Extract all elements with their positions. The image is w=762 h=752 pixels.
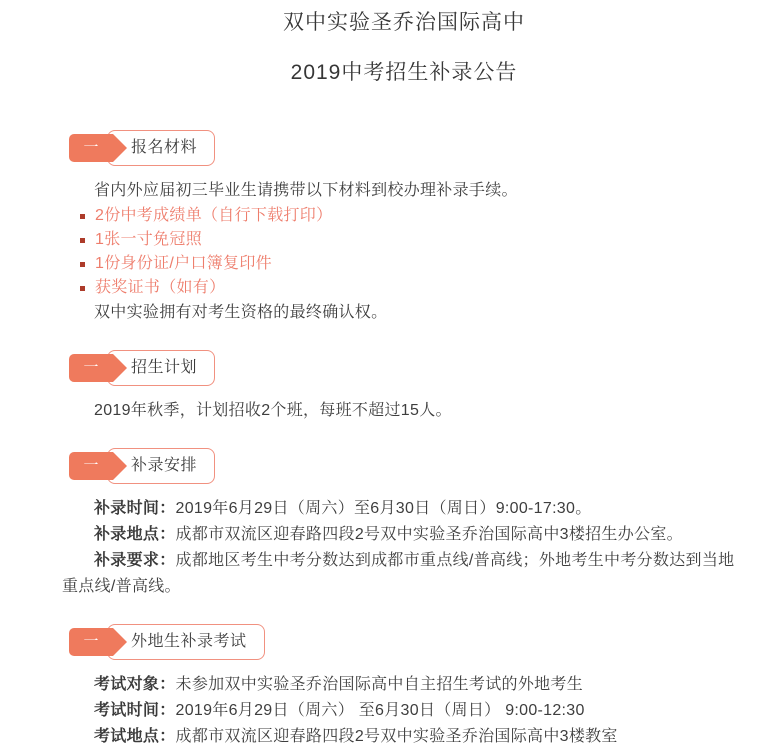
- list-item-text: 1份身份证/户口簿复印件: [95, 255, 272, 272]
- info-value: 2019年6月29日（周六）至6月30日（周日）9:00-17:30。: [176, 500, 592, 517]
- section-header: 一招生计划: [62, 350, 746, 386]
- square-bullet-icon: [80, 262, 85, 267]
- list-item-text: 1张一寸免冠照: [95, 231, 202, 248]
- list-item: 1份身份证/户口簿复印件: [80, 252, 746, 276]
- info-line: 补录时间：2019年6月29日（周六）至6月30日（周日）9:00-17:30。: [62, 496, 746, 522]
- info-value: 未参加双中实验圣乔治国际高中自主招生考试的外地考生: [176, 676, 584, 693]
- announcement-page: 双中实验圣乔治国际高中 2019中考招生补录公告 一报名材料省内外应届初三毕业生…: [0, 0, 762, 750]
- square-bullet-icon: [80, 214, 85, 219]
- list-item: 2份中考成绩单（自行下载打印）: [80, 204, 746, 228]
- info-line: 补录地点：成都市双流区迎春路四段2号双中实验圣乔治国际高中3楼招生办公室。: [62, 522, 746, 548]
- info-value: 2019年6月29日（周六） 至6月30日（周日） 9:00-12:30: [176, 702, 585, 719]
- list-item: 1张一寸免冠照: [80, 228, 746, 252]
- list-item-text: 获奖证书（如有）: [95, 279, 225, 296]
- section-paragraph: 省内外应届初三毕业生请携带以下材料到校办理补录手续。: [62, 178, 746, 204]
- info-label: 补录时间：: [94, 500, 176, 517]
- list-item-text: 2份中考成绩单（自行下载打印）: [95, 207, 332, 224]
- info-line: 考试时间：2019年6月29日（周六） 至6月30日（周日） 9:00-12:3…: [62, 698, 746, 724]
- info-line: 考试对象：未参加双中实验圣乔治国际高中自主招生考试的外地考生: [62, 672, 746, 698]
- info-label: 补录地点：: [94, 526, 176, 543]
- list-item: 获奖证书（如有）: [80, 276, 746, 300]
- section-header: 一外地生补录考试: [62, 624, 746, 660]
- info-label: 考试地点：: [94, 728, 176, 745]
- info-label: 考试对象：: [94, 676, 176, 693]
- info-label: 考试时间：: [94, 702, 176, 719]
- section: 一招生计划2019年秋季，计划招收2个班，每班不超过15人。: [62, 350, 746, 424]
- square-bullet-icon: [80, 238, 85, 243]
- page-subtitle: 2019中考招生补录公告: [62, 58, 746, 88]
- section-header: 一补录安排: [62, 448, 746, 484]
- info-line: 考试地点：成都市双流区迎春路四段2号双中实验圣乔治国际高中3楼教室: [62, 724, 746, 750]
- section: 一外地生补录考试考试对象：未参加双中实验圣乔治国际高中自主招生考试的外地考生考试…: [62, 624, 746, 750]
- section-paragraph: 双中实验拥有对考生资格的最终确认权。: [62, 300, 746, 326]
- section: 一补录安排补录时间：2019年6月29日（周六）至6月30日（周日）9:00-1…: [62, 448, 746, 600]
- square-bullet-icon: [80, 286, 85, 291]
- section-header: 一报名材料: [62, 130, 746, 166]
- section-paragraph: 2019年秋季，计划招收2个班，每班不超过15人。: [62, 398, 746, 424]
- sections-container: 一报名材料省内外应届初三毕业生请携带以下材料到校办理补录手续。2份中考成绩单（自…: [62, 130, 746, 750]
- section-title: 外地生补录考试: [107, 624, 265, 660]
- info-label: 补录要求：: [94, 552, 176, 569]
- page-title: 双中实验圣乔治国际高中: [62, 8, 746, 38]
- materials-list: 2份中考成绩单（自行下载打印）1张一寸免冠照1份身份证/户口簿复印件获奖证书（如…: [62, 204, 746, 300]
- info-value: 成都市双流区迎春路四段2号双中实验圣乔治国际高中3楼教室: [176, 728, 618, 745]
- info-line: 补录要求：成都地区考生中考分数达到成都市重点线/普高线；外地考生中考分数达到当地…: [62, 548, 746, 600]
- section: 一报名材料省内外应届初三毕业生请携带以下材料到校办理补录手续。2份中考成绩单（自…: [62, 130, 746, 326]
- info-value: 成都市双流区迎春路四段2号双中实验圣乔治国际高中3楼招生办公室。: [176, 526, 683, 543]
